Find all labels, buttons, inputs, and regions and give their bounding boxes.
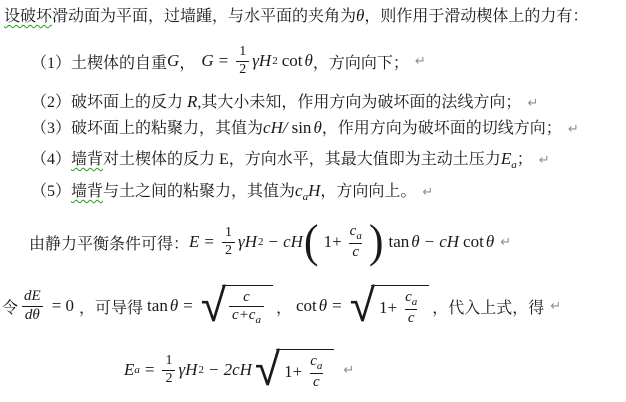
cot-function: cot [296, 296, 317, 316]
equals-sign: = [183, 296, 193, 316]
balance-label: 由静力平衡条件可得： [29, 231, 189, 254]
intro-text: 滑动面为平面，过墙踵，与水平面的夹角为 [52, 8, 356, 25]
fraction-ca-over-c: cac [307, 353, 325, 391]
list-item-1: （1） 土楔体的自重 G ， G = 12 γH2 cot θ ，方向向下； ↵ [31, 36, 426, 86]
minus-sign: − [268, 232, 278, 252]
list-item-3: （3）破坏面上的粘聚力，其值为cH/sinθ，作用方向为破坏面的切线方向；↵ [31, 116, 579, 142]
intro-tail: ，则作用于滑动楔体上的力有： [364, 8, 588, 25]
item4-mid-text: 对土楔体的反力 E，方向水平，其最大值即为主动土压力 [103, 151, 501, 168]
var-ca: c [310, 353, 317, 369]
var-G: G [201, 51, 213, 71]
paragraph-mark-icon: ↵ [568, 122, 579, 137]
radical-sign: √ [201, 282, 226, 328]
frac-denominator: 2 [222, 242, 235, 259]
var-c-plus-c: c+c [232, 307, 255, 323]
equals-sign: = [219, 51, 229, 71]
frac-denominator: 2 [162, 370, 175, 387]
var-Ea: E [124, 360, 134, 380]
radicand: 1+cac [371, 285, 429, 327]
var-gammaH: γH [178, 360, 197, 380]
subscript-a: a [412, 296, 418, 308]
fraction-one-half: 12 [236, 44, 249, 77]
radical-sign: √ [350, 282, 375, 328]
var-gammaH: γH [252, 51, 271, 71]
right-paren: ) [369, 219, 384, 265]
var-H: H [308, 181, 320, 200]
item1-number: （1） [31, 50, 71, 73]
item1-lead-text: 土楔体的自重 [71, 50, 167, 73]
frac-denominator: 2 [236, 61, 249, 78]
radicand: cc+ca [222, 285, 273, 327]
list-item-5: （5）墙背与土之间的粘聚力，其值为caH，方向向上。↵ [31, 179, 433, 209]
minus-sign: − [425, 232, 435, 252]
exponent-2: 2 [198, 364, 204, 376]
left-paren: ( [304, 219, 319, 265]
var-ca: c [295, 181, 303, 200]
fraction-ca-over-c: cac [402, 289, 420, 327]
fraction-one-half: 12 [162, 353, 175, 386]
item5-tail-text: ，方向向上。 [320, 183, 416, 200]
paragraph-mark-icon: ↵ [500, 235, 511, 250]
division-slash: / [283, 118, 288, 137]
frac-numerator: ca [402, 289, 420, 309]
frac-numerator: 1 [162, 353, 175, 369]
item1-tail-text: ，方向向下； [313, 50, 409, 73]
var-ca: c [405, 289, 412, 305]
item5-number: （5） [31, 183, 71, 200]
fraction-one-half: 12 [222, 225, 235, 258]
frac-denominator: c [349, 243, 362, 261]
item3-lead-text: 破坏面上的粘聚力，其值为 [71, 120, 263, 137]
item3-tail-text: ，作用方向为破坏面的切线方向； [322, 120, 562, 137]
tan-function: tan [388, 232, 409, 252]
cot-function: cot [463, 232, 484, 252]
derive-text-1: ，可导得 [79, 295, 143, 318]
fraction-ca-over-c: cac [347, 223, 365, 261]
item5-mid-text: 与土之间的粘聚力，其值为 [103, 183, 295, 200]
var-2cH: 2cH [224, 360, 252, 380]
one-plus: 1+ [284, 362, 302, 382]
var-G: G [167, 51, 179, 71]
equals-sign: = [145, 360, 155, 380]
sin-function: sin [292, 118, 312, 137]
equals-sign: = [332, 296, 342, 316]
paragraph-mark-icon: ↵ [539, 153, 550, 168]
item5-wavy-text: 墙背 [71, 183, 103, 200]
paragraph-mark-icon: ↵ [343, 363, 354, 378]
paragraph-mark-icon: ↵ [422, 185, 433, 200]
list-item-2: （2）破坏面上的反力 R,其大小未知，作用方向为破坏面的法线方向；↵ [31, 90, 538, 116]
radical-2: √1+cac [350, 283, 430, 329]
exponent-2: 2 [258, 236, 264, 248]
theta-symbol: θ [411, 232, 419, 252]
tan-function: tan [147, 296, 168, 316]
result-equation-line: Ea = 12 γH2 − 2cH √1+cac ↵ [124, 340, 354, 400]
equals-sign: = [204, 232, 214, 252]
list-item-4: （4）墙背对土楔体的反力 E，方向水平，其最大值即为主动土压力Ea；↵ [31, 147, 550, 177]
item1-comma: ， [179, 50, 195, 73]
equals-zero: = 0 [52, 296, 74, 316]
theta-symbol: θ [170, 296, 178, 316]
fraction-dE-dtheta: dEdθ [21, 288, 44, 324]
frac-denominator: c+ca [229, 306, 264, 327]
intro-wavy-text: 设破坏 [4, 8, 52, 25]
one-plus: 1+ [379, 298, 397, 318]
item2-lead-text: 破坏面上的反力 [71, 94, 183, 111]
var-cH: cH [439, 232, 459, 252]
radical-3: √1+cac [255, 347, 335, 393]
subscript-a: a [317, 360, 323, 372]
derive-tail: ，代入上式，得 [432, 295, 544, 318]
theta-symbol: θ [319, 296, 327, 316]
paragraph-mark-icon: ↵ [415, 54, 426, 69]
subscript-a: a [134, 364, 140, 376]
item4-number: （4） [31, 151, 71, 168]
frac-numerator: dE [21, 288, 44, 305]
one-plus: 1+ [324, 232, 342, 252]
item4-tail-text: ； [517, 151, 533, 168]
cot-function: cot [282, 51, 303, 71]
var-cH: cH [283, 232, 303, 252]
var-E: E [189, 232, 199, 252]
var-Ea: E [501, 149, 511, 168]
item4-wavy-text: 墙背 [71, 151, 103, 168]
var-cH: cH [263, 118, 283, 137]
radicand: 1+cac [276, 349, 334, 391]
frac-numerator: c [240, 289, 253, 306]
frac-denominator: c [405, 309, 418, 327]
var-R: R [187, 92, 197, 111]
document-page: 设破坏滑动面为平面，过墙踵，与水平面的夹角为θ，则作用于滑动楔体上的力有： （1… [0, 0, 626, 402]
subscript-a: a [356, 230, 362, 242]
frac-numerator: 1 [222, 225, 235, 241]
item2-number: （2） [31, 94, 71, 111]
derive-lead: 令 [2, 295, 18, 318]
item2-tail-text: ,其大小未知，作用方向为破坏面的法线方向； [197, 94, 521, 111]
theta-symbol: θ [304, 51, 312, 71]
frac-numerator: 1 [236, 44, 249, 60]
theta-symbol: θ [313, 118, 321, 137]
frac-denominator: dθ [22, 306, 43, 324]
exponent-2: 2 [272, 55, 278, 67]
paragraph-mark-icon: ↵ [527, 96, 538, 111]
radical-sign: √ [255, 346, 280, 392]
item3-number: （3） [31, 120, 71, 137]
frac-numerator: ca [307, 353, 325, 373]
intro-paragraph: 设破坏滑动面为平面，过墙踵，与水平面的夹角为θ，则作用于滑动楔体上的力有： [4, 4, 588, 29]
derive-comma: ， [276, 295, 292, 318]
theta-symbol: θ [486, 232, 494, 252]
paragraph-mark-icon: ↵ [550, 299, 561, 314]
minus-sign: − [209, 360, 219, 380]
frac-numerator: ca [347, 223, 365, 243]
var-gammaH: γH [238, 232, 257, 252]
equilibrium-equation-line: 由静力平衡条件可得： E = 12 γH2 − cH ( 1+ cac ) ta… [29, 212, 511, 272]
subscript-a: a [255, 314, 261, 326]
fraction-c-over-c-plus-ca: cc+ca [229, 289, 264, 327]
frac-denominator: c [310, 373, 323, 391]
radical-1: √cc+ca [201, 283, 273, 329]
derivation-line: 令 dEdθ = 0 ，可导得 tan θ = √cc+ca ， cot θ =… [2, 272, 561, 340]
